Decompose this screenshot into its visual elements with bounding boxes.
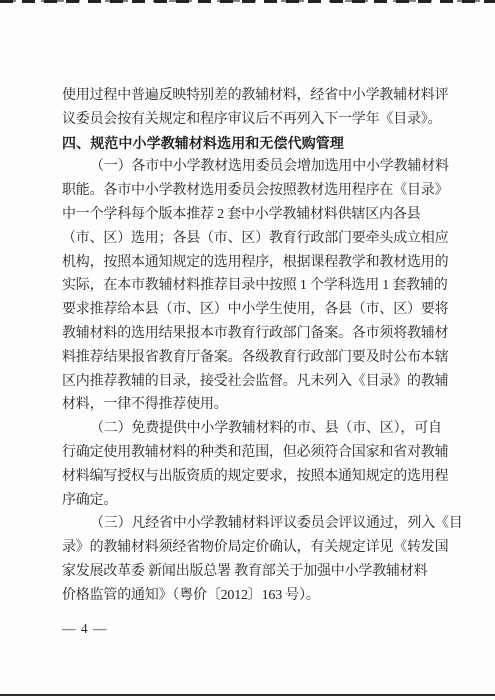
text-line: 材料，一律不得推荐使用。 xyxy=(62,393,445,417)
text-line: 区内推荐教辅的目录，接受社会监督。凡未列入《目录》的教辅 xyxy=(62,370,445,394)
text-line: 序确定。 xyxy=(62,489,445,513)
text-line: 机构，按照本通知规定的选用程序，根据课程教学和教材选用的 xyxy=(62,251,445,275)
text-line: （市、区）选用；各县（市、区）教育行政部门要牵头成立相应 xyxy=(62,227,445,251)
text-line: 使用过程中普遍反映特别差的教辅材料，经省中小学教辅材料评 xyxy=(62,84,445,108)
text-line: 行确定使用教辅材料的种类和范围，但必须符合国家和省对教辅 xyxy=(62,441,445,465)
text-line: （二）免费提供中小学教辅材料的市、县（市、区），可自 xyxy=(62,417,445,441)
page-number: — 4 — xyxy=(62,621,108,637)
scan-artifact-top-edge-secondary xyxy=(0,0,495,2)
text-line: （一）各市中小学教材选用委员会增加选用中小学教辅材料 xyxy=(62,155,445,179)
text-line: 实际，在本市教辅材料推荐目录中按照 1 个学科选用 1 套教辅的 xyxy=(62,274,445,298)
text-line: （三）凡经省中小学教辅材料评议委员会评议通过，列入《目 xyxy=(62,512,445,536)
text-line: 料推荐结果报省教育厅备案。各级教育行政部门要及时公布本辖 xyxy=(62,346,445,370)
document-body: 使用过程中普遍反映特别差的教辅材料，经省中小学教辅材料评 议委员会按有关规定和程… xyxy=(62,84,445,608)
document-page: 使用过程中普遍反映特别差的教辅材料，经省中小学教辅材料评 议委员会按有关规定和程… xyxy=(0,0,495,700)
text-line: 议委员会按有关规定和程序审议后不再列入下一学年《目录》。 xyxy=(62,108,445,132)
text-line: 教辅材料的选用结果报本市教育行政部门备案。各市须将教辅材 xyxy=(62,322,445,346)
text-line: 价格监管的通知》（粤价〔2012〕163 号）。 xyxy=(62,584,445,608)
text-line: 中一个学科每个版本推荐 2 套中小学教辅材料供辖区内各县 xyxy=(62,203,445,227)
text-line: 家发展改革委 新闻出版总署 教育部关于加强中小学教辅材料 xyxy=(62,560,445,584)
text-line: 职能。各市中小学教材选用委员会按照教材选用程序在《目录》 xyxy=(62,179,445,203)
scan-artifact-bottom-rule xyxy=(0,694,495,696)
text-line: 要求推荐给本县（市、区）中小学生使用，各县（市、区）要将 xyxy=(62,298,445,322)
text-line: 录》的教辅材料须经省物价局定价确认，有关规定详见《转发国 xyxy=(62,536,445,560)
text-line: 材料编写授权与出版资质的规定要求，按照本通知规定的选用程 xyxy=(62,465,445,489)
section-heading: 四、规范中小学教辅材料选用和无偿代购管理 xyxy=(62,132,445,156)
